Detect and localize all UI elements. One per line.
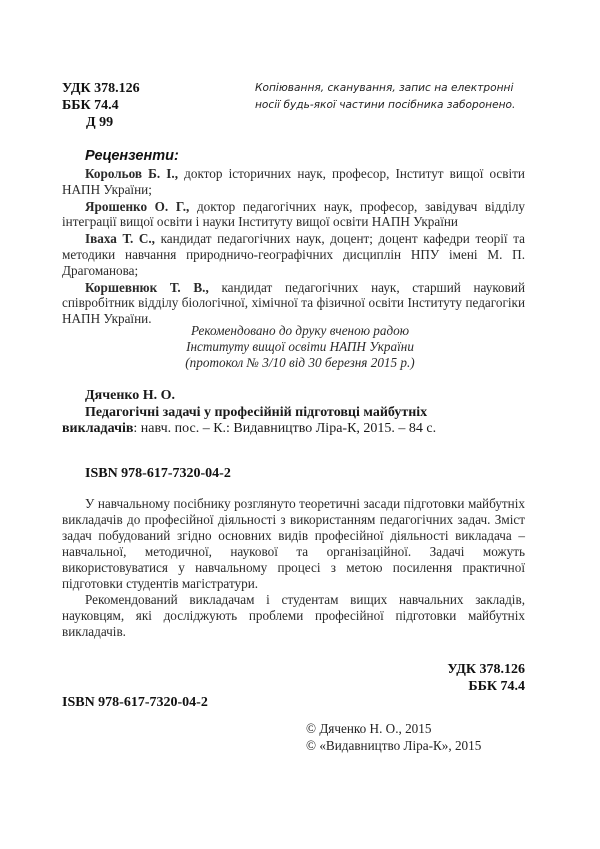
- bbk-code: ББК 74.4: [62, 97, 140, 114]
- reviewer-name: Ярошенко О. Г.,: [85, 199, 189, 214]
- copyright-author: © Дяченко Н. О., 2015: [306, 720, 481, 737]
- author-mark: Д 99: [62, 114, 140, 131]
- classification-codes: УДК 378.126 ББК 74.4 Д 99: [62, 80, 140, 131]
- recommendation-line: (протокол № 3/10 від 30 березня 2015 р.): [140, 355, 460, 371]
- bibliographic-record: Дяченко Н. О. Педагогічні задачі у профе…: [62, 388, 525, 438]
- copyright-publisher: © «Видавництво Ліра-К», 2015: [306, 737, 481, 754]
- abstract-paragraph: У навчальному посібнику розглянуто теоре…: [62, 496, 525, 592]
- book-title: Педагогічні задачі у професійній підгото…: [62, 405, 525, 422]
- reviewer-name: Корольов Б. І.,: [85, 166, 178, 181]
- reviewers-heading: Рецензенти:: [85, 148, 179, 164]
- abstract-paragraph: Рекомендований викладачам і студентам ви…: [62, 592, 525, 640]
- reviewer-entry: Ярошенко О. Г., доктор педагогічних наук…: [62, 199, 525, 231]
- bbk-code: ББК 74.4: [360, 678, 525, 695]
- recommendation-line: Інституту вищої освіти НАПН України: [140, 339, 460, 355]
- copyright-notice: Копіювання, сканування, запис на електро…: [255, 80, 525, 114]
- book-imprint: : навч. пос. – К.: Видавництво Ліра-К, 2…: [133, 421, 436, 436]
- reviewer-entry: Іваха Т. С., кандидат педагогічних наук,…: [62, 231, 525, 278]
- reviewer-entry: Корольов Б. І., доктор історичних наук, …: [62, 166, 525, 198]
- reviewer-name: Коршевнюк Т. В.,: [85, 280, 209, 295]
- book-abstract: У навчальному посібнику розглянуто теоре…: [62, 496, 525, 640]
- reviewer-entry: Коршевнюк Т. В., кандидат педагогічних н…: [62, 280, 525, 327]
- reviewers-list: Корольов Б. І., доктор історичних наук, …: [62, 166, 525, 328]
- isbn-bottom: ISBN 978-617-7320-04-2: [62, 695, 208, 711]
- udk-code: УДК 378.126: [360, 661, 525, 678]
- book-title-continued: викладачів: [62, 421, 133, 436]
- publication-recommendation: Рекомендовано до друку вченою радою Інст…: [140, 323, 460, 371]
- book-author: Дяченко Н. О.: [62, 388, 525, 405]
- udk-code: УДК 378.126: [62, 80, 140, 97]
- recommendation-line: Рекомендовано до друку вченою радою: [140, 323, 460, 339]
- classification-codes-bottom: УДК 378.126 ББК 74.4: [360, 661, 525, 695]
- copyright-lines: © Дяченко Н. О., 2015 © «Видавництво Лір…: [306, 720, 481, 754]
- book-imprint-line: викладачів: навч. пос. – К.: Видавництво…: [62, 421, 525, 438]
- reviewer-name: Іваха Т. С.,: [85, 231, 155, 246]
- isbn: ISBN 978-617-7320-04-2: [85, 466, 231, 482]
